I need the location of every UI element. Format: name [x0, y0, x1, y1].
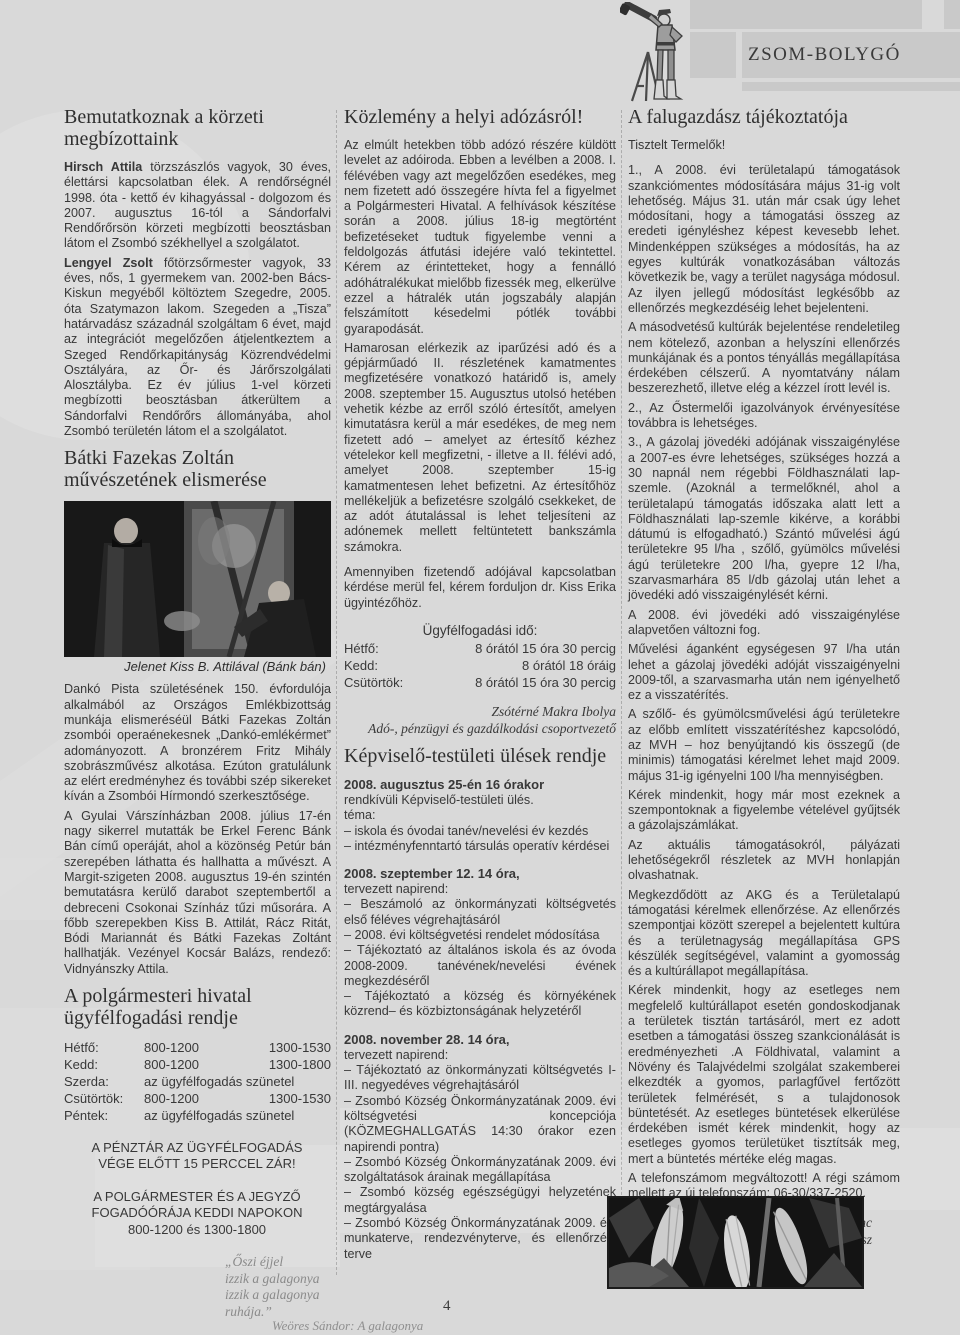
mayor-notice: A POLGÁRMESTER ÉS A JEGYZŐ FOGADÓÓRÁJA K… [82, 1189, 312, 1239]
masthead-block [690, 0, 922, 29]
column-divider [621, 110, 622, 1275]
masthead-block [944, 0, 960, 29]
signature-block: Zsótérné Makra Ibolya Adó-, pénzügyi és … [344, 703, 616, 737]
cash-desk-notice: A PÉNZTÁR AZ ÜGYFÉLFOGADÁS VÉGE ELŐTT 15… [82, 1140, 312, 1173]
agenda-item: – Tájékoztató az általános iskola és az … [344, 943, 616, 989]
office-hours-day: Kedd: [344, 657, 378, 674]
agenda-item: – Beszámoló az önkormányzati költségveté… [344, 897, 616, 928]
article-title-office-hours: A polgármesteri hivatal ügyfélfogadási r… [64, 985, 331, 1029]
meeting-block: 2008. november 28. 14 óra, tervezett nap… [344, 1032, 616, 1262]
schedule-row: Péntek: az ügyfélfogadás szünetel [64, 1107, 331, 1124]
observer-with-telescope-icon [620, 2, 690, 109]
office-hours-time: 8 órától 18 óráig [522, 657, 616, 674]
advisor-paragraph: Megkezdődött az AKG és a Területalapú tá… [628, 888, 900, 980]
meeting-block: 2008. szeptember 12. 14 óra, tervezett n… [344, 866, 616, 1020]
schedule-pm: 1300-1800 [269, 1056, 331, 1073]
officer-name: Lengyel Zsolt [64, 256, 153, 270]
opera-scene-photo [64, 501, 331, 657]
advisor-paragraph: Kérek mindenkit, hogy már most ezeknek a… [628, 788, 900, 834]
page-number: 4 [443, 1298, 451, 1315]
schedule-pm: 1300-1530 [269, 1090, 331, 1107]
tax-paragraph: Az elmúlt hetekben több adózó részére kü… [344, 138, 616, 337]
schedule-day: Szerda: [64, 1073, 144, 1090]
meeting-date: 2008. november 28. 14 óra, [344, 1032, 616, 1048]
article-title-officers: Bemutatkoznak a körzeti megbízottaink [64, 106, 331, 150]
schedule-am: 800-1200 [144, 1090, 199, 1107]
masthead-block [742, 82, 960, 91]
schedule-am: 800-1200 [144, 1056, 199, 1073]
schedule-row: Kedd: 800-1200 1300-1800 [64, 1056, 331, 1073]
agenda-item: – Zsombó község egészségügyi helyzetének… [344, 1185, 616, 1216]
agenda-item: – intézményfenntartó társulás operatív k… [344, 839, 616, 854]
agenda-item: – Zsombó Község Önkormányzatának 2009. é… [344, 1094, 616, 1155]
schedule-day: Péntek: [64, 1107, 144, 1124]
office-hours-row: Hétfő: 8 órától 15 óra 30 percig [344, 640, 616, 657]
advisor-paragraph: Művelési áganként egységesen 97 l/ha utá… [628, 642, 900, 703]
meeting-line: tervezett napirend: [344, 1048, 616, 1063]
advisor-paragraph: A másodvetésű kultúrák bejelentése rende… [628, 320, 900, 396]
agenda-item: – 2008. évi költségvetési rendelet módos… [344, 928, 616, 943]
meeting-line: rendkívüli Képviselő-testületi ülés. [344, 793, 616, 808]
award-paragraph: A Gyulai Várszínházban 2008. július 17-é… [64, 809, 331, 977]
office-hours-time: 8 órától 15 óra 30 percig [475, 674, 616, 691]
middle-column: Közlemény a helyi adózásról! Az elmúlt h… [344, 106, 616, 1262]
advisor-paragraph: 1., A 2008. évi területalapú támogatások… [628, 163, 900, 316]
meeting-line: téma: [344, 808, 616, 823]
agenda-item: – iskola és óvodai tanév/nevelési év kez… [344, 824, 616, 839]
masthead-block [690, 32, 736, 78]
schedule-am: 800-1200 [144, 1039, 199, 1056]
poem-line: izzik a galagonya [225, 1271, 320, 1288]
poem: „Őszi éjjel izzik a galagonya izzik a ga… [225, 1254, 320, 1320]
schedule-row: Szerda: az ügyfélfogadás szünetel [64, 1073, 331, 1090]
award-paragraph: Dankó Pista születésének 150. évfordulój… [64, 682, 331, 804]
meeting-date: 2008. szeptember 12. 14 óra, [344, 866, 616, 882]
poem-line: „Őszi éjjel [225, 1254, 320, 1271]
office-hours-row: Kedd: 8 órától 18 óráig [344, 657, 616, 674]
advisor-paragraph: A 2008. évi jövedéki adó visszaigénylése… [628, 608, 900, 639]
schedule-row: Hétfő: 800-1200 1300-1530 [64, 1039, 331, 1056]
column-divider [336, 110, 337, 1275]
meeting-date: 2008. augusztus 25-én 16 órakor [344, 777, 616, 793]
article-title-advisor: A falugazdász tájékoztatója [628, 106, 900, 128]
officer-bio: főtörzsőrmester vagyok, 33 éves, nős, 1 … [64, 256, 331, 438]
article-title-council: Képviselő-testületi ülések rendje [344, 745, 616, 767]
officer-paragraph: Lengyel Zsolt főtörzsőrmester vagyok, 33… [64, 256, 331, 440]
officer-name: Hirsch Attila [64, 160, 142, 174]
agenda-item: – Zsombó Község Önkormányzatának 2009. é… [344, 1155, 616, 1186]
corn-field-photo [607, 1196, 864, 1289]
officer-paragraph: Hirsch Attila törzszászlós vagyok, 30 év… [64, 160, 331, 252]
right-column: A falugazdász tájékoztatója Tisztelt Ter… [628, 106, 900, 1248]
agenda-item: – Tájékoztató a község és környékének kö… [344, 989, 616, 1020]
signature-name: Zsótérné Makra Ibolya [344, 703, 616, 720]
article-title-tax: Közlemény a helyi adózásról! [344, 106, 616, 128]
tax-paragraph: Hamarosan elérkezik az iparűzési adó és … [344, 341, 616, 555]
signature-role: Adó-, pénzügyi és gazdálkodási csoportve… [344, 720, 616, 737]
poem-line: izzik a galagonya [225, 1287, 320, 1304]
agenda-item: – Tájékoztató az önkormányzati költségve… [344, 1063, 616, 1094]
schedule-day: Csütörtök: [64, 1090, 144, 1107]
meeting-line: tervezett napirend: [344, 882, 616, 897]
advisor-paragraph: Kérek mindenkit, hogy az esetleges nem m… [628, 983, 900, 1167]
advisor-paragraph: 3., A gázolaj jövedéki adójának visszaig… [628, 435, 900, 603]
advisor-paragraph: 2., Az Őstermelői igazolványok érvényesí… [628, 401, 900, 432]
schedule-row: Csütörtök: 800-1200 1300-1530 [64, 1090, 331, 1107]
poem-attribution: Weöres Sándor: A galagonya [272, 1318, 492, 1334]
left-column: Bemutatkoznak a körzeti megbízottaink Hi… [64, 106, 331, 1238]
masthead-title-text: ZSOM-BOLYGÓ [748, 44, 901, 66]
schedule-pm: 1300-1530 [269, 1039, 331, 1056]
masthead-title: ZSOM-BOLYGÓ [742, 32, 960, 78]
agenda-item: – Zsombó Község Önkormányzatának 2009. é… [344, 1216, 616, 1262]
meeting-block: 2008. augusztus 25-én 16 órakor rendkívü… [344, 777, 616, 854]
office-hours-day: Csütörtök: [344, 674, 403, 691]
photo-caption: Jelenet Kiss B. Attilával (Bánk bán) [64, 659, 331, 674]
schedule-day: Hétfő: [64, 1039, 144, 1056]
advisor-paragraph: Az aktuális támogatásokról, pályázati le… [628, 838, 900, 884]
office-hours-row: Csütörtök: 8 órától 15 óra 30 percig [344, 674, 616, 691]
schedule-day: Kedd: [64, 1056, 144, 1073]
article-title-award: Bátki Fazekas Zoltán művészetének elisme… [64, 447, 331, 491]
advisor-paragraph: A szőlő- és gyümölcsművelési ágú terület… [628, 707, 900, 783]
office-hours-day: Hétfő: [344, 640, 379, 657]
tax-paragraph: Amennyiben fizetendő adójával kapcsolatb… [344, 565, 616, 611]
salutation: Tisztelt Termelők! [628, 138, 900, 153]
schedule-am: az ügyfélfogadás szünetel [144, 1073, 294, 1090]
newsletter-page: ZSOM-BOLYGÓ [0, 0, 960, 1335]
office-hours-time: 8 órától 15 óra 30 percig [475, 640, 616, 657]
schedule-am: az ügyfélfogadás szünetel [144, 1107, 294, 1124]
office-hours-title: Ügyfélfogadási idő: [344, 623, 616, 638]
